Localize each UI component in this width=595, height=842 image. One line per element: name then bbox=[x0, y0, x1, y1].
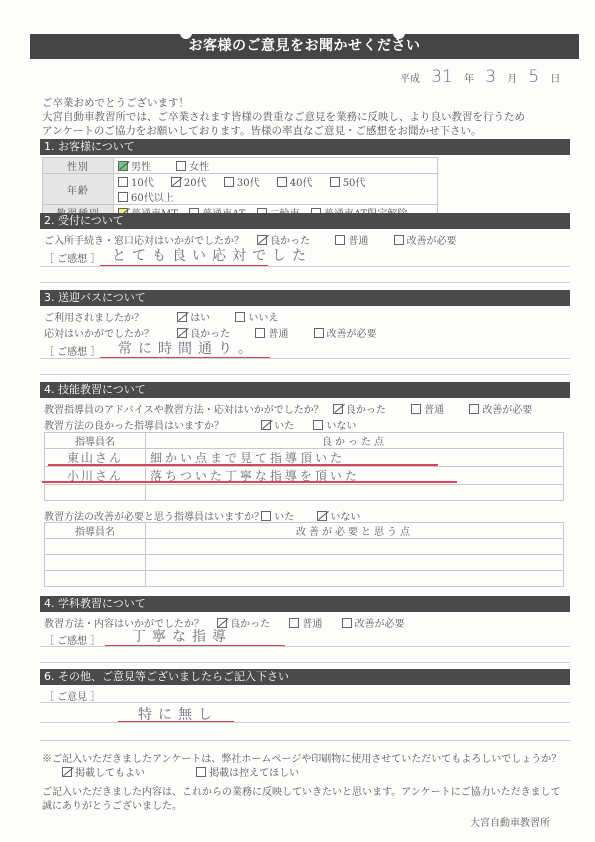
instructor-name[interactable] bbox=[45, 485, 146, 501]
improve-instructor-row: 教習方法の改善が必要と思う指導員はいますか？ いた いない bbox=[44, 508, 382, 523]
option-label: 男性 bbox=[131, 162, 151, 173]
checkbox-no-there-wasnt[interactable] bbox=[313, 420, 323, 430]
comment-label: ［ ご感想 ］ bbox=[44, 343, 100, 358]
option-label: 普通 bbox=[424, 405, 444, 416]
date-field: 平成 31 年 3 月 5 日 bbox=[400, 67, 560, 87]
checkbox-needs-improvement[interactable] bbox=[469, 404, 479, 414]
checkbox-no[interactable] bbox=[235, 312, 245, 322]
column-header: 指導員名 bbox=[45, 433, 146, 449]
comment-label: ［ ご感想 ］ bbox=[44, 632, 100, 647]
school-signature: 大宮自動車教習所 bbox=[470, 814, 550, 829]
improve-instructor-table: 指導員名 改善が必要と思う点 bbox=[44, 522, 564, 587]
date-day[interactable]: 5 bbox=[528, 67, 539, 87]
checkbox-yes[interactable] bbox=[177, 312, 187, 322]
table-row bbox=[45, 485, 564, 501]
closing-message: ご記入いただきました内容は、これからの業務に反映していきたいと思います。アンケー… bbox=[42, 786, 561, 814]
comment-label: ［ ご意見 ］ bbox=[44, 688, 100, 703]
question-text: 教習方法の良かった指導員はいますか？ bbox=[44, 417, 258, 432]
date-month[interactable]: 3 bbox=[485, 67, 496, 87]
writing-line bbox=[40, 266, 570, 267]
checkbox-age-10s[interactable] bbox=[118, 177, 128, 187]
table-row bbox=[45, 555, 564, 571]
checkbox-good[interactable] bbox=[333, 404, 343, 414]
writing-line bbox=[40, 722, 570, 723]
writing-line bbox=[40, 740, 570, 741]
checkbox-no-there-wasnt[interactable] bbox=[317, 511, 327, 521]
checkbox-average[interactable] bbox=[411, 404, 421, 414]
consent-question: ※ご記入いただきましたアンケートは、弊社ホームページや印刷物に使用させていただい… bbox=[42, 750, 561, 765]
checkbox-age-20s[interactable] bbox=[171, 177, 181, 187]
option-label: 50代 bbox=[343, 178, 366, 189]
checkbox-needs-improvement[interactable] bbox=[342, 618, 352, 628]
checkbox-good[interactable] bbox=[177, 328, 187, 338]
good-instructor-table: 指導員名 良かった点 東山さん 細かい点まで見て指導頂いた 小川さん 落ちついた… bbox=[44, 432, 564, 501]
date-day-unit: 日 bbox=[550, 74, 560, 85]
improvement-point[interactable] bbox=[146, 539, 564, 555]
highlight-underline bbox=[48, 464, 438, 466]
table-row bbox=[45, 539, 564, 555]
instructor-rating-row: 教習指導員のアドバイスや教習方法・応対はいかがでしたか？ 良かった 普通 改善が… bbox=[44, 401, 554, 416]
intro-text: ご卒業おめでとうございます！ 大宮自動車教習所では、ご卒業されます皆様の貴重なご… bbox=[42, 96, 572, 138]
option-label: 改善が必要 bbox=[482, 405, 532, 416]
checkbox-decline-publish[interactable] bbox=[196, 767, 206, 777]
instructor-name[interactable] bbox=[45, 571, 146, 587]
punch-hole bbox=[180, 27, 192, 39]
checkbox-average[interactable] bbox=[255, 328, 265, 338]
improvement-point[interactable] bbox=[146, 555, 564, 571]
good-instructor-row: 教習方法の良かった指導員はいますか？ いた いない bbox=[44, 417, 378, 432]
option-label: 改善が必要 bbox=[355, 619, 405, 630]
option-label: 10代 bbox=[131, 178, 154, 189]
option-label: 女性 bbox=[189, 162, 209, 173]
writing-line bbox=[40, 358, 570, 359]
option-label: いた bbox=[274, 421, 294, 432]
punch-hole bbox=[393, 27, 405, 39]
classroom-comment[interactable]: 丁寧な指導 bbox=[132, 626, 232, 646]
option-label: 普通 bbox=[302, 619, 322, 630]
section-header-customer: 1. お客様について bbox=[40, 139, 570, 155]
comment-label: ［ ご感想 ］ bbox=[44, 250, 100, 265]
highlight-underline bbox=[42, 481, 457, 483]
date-month-unit: 月 bbox=[507, 74, 517, 85]
good-point[interactable] bbox=[146, 485, 564, 501]
checkbox-age-60s-plus[interactable] bbox=[118, 192, 128, 202]
checkbox-female[interactable] bbox=[176, 161, 186, 171]
option-label: いない bbox=[326, 421, 356, 432]
classroom-question-row: 教習方法・内容はいかがでしたか？ 良かった 普通 改善が必要 bbox=[44, 615, 427, 630]
gender-label: 性別 bbox=[43, 158, 114, 174]
checkbox-yes-there-was[interactable] bbox=[261, 511, 271, 521]
section-header-shuttle-bus: 3. 送迎バスについて bbox=[40, 290, 570, 306]
option-label: 良かった bbox=[346, 405, 386, 416]
age-label: 年齢 bbox=[43, 174, 114, 205]
writing-line bbox=[40, 646, 570, 647]
question-text: 教習方法の改善が必要と思う指導員はいますか？ bbox=[44, 508, 258, 523]
bus-comment[interactable]: 常に時間通り。 bbox=[118, 338, 258, 358]
bus-usage-row: ご利用されましたか？ はい いいえ bbox=[44, 309, 300, 324]
date-year-unit: 年 bbox=[464, 74, 474, 85]
writing-line bbox=[40, 374, 570, 375]
reception-comment[interactable]: とても良い応対でした bbox=[112, 245, 312, 265]
column-header: 指導員名 bbox=[45, 523, 146, 539]
option-label: 30代 bbox=[237, 178, 260, 189]
section-header-other: 6. その他、ご意見等ございましたらご記入下さい bbox=[40, 669, 570, 685]
section-header-classroom-lessons: 4. 学科教習について bbox=[40, 596, 570, 612]
section-header-driving-lessons: 4. 技能教習について bbox=[40, 382, 570, 398]
checkbox-average[interactable] bbox=[335, 235, 345, 245]
option-label: 20代 bbox=[184, 178, 207, 189]
option-label: 普通 bbox=[348, 236, 368, 247]
option-label: 40代 bbox=[290, 178, 313, 189]
instructor-name[interactable] bbox=[45, 539, 146, 555]
column-header: 良かった点 bbox=[146, 433, 564, 449]
table-row bbox=[45, 571, 564, 587]
intro-line: アンケートのご協力をお願いしております。皆様の率直なご意見・ご感想をお聞かせ下さ… bbox=[42, 124, 572, 138]
closing-line: ご記入いただきました内容は、これからの業務に反映していきたいと思います。アンケー… bbox=[42, 786, 561, 800]
date-era: 平成 bbox=[400, 74, 420, 85]
checkbox-needs-improvement[interactable] bbox=[394, 235, 404, 245]
option-label: 改善が必要 bbox=[407, 236, 457, 247]
option-label: 60代以上 bbox=[131, 193, 174, 204]
option-label: はい bbox=[190, 313, 210, 324]
option-label: 掲載してもよい bbox=[75, 768, 145, 779]
column-header: 改善が必要と思う点 bbox=[146, 523, 564, 539]
instructor-name[interactable] bbox=[45, 555, 146, 571]
option-label: 良かった bbox=[230, 619, 270, 630]
form-title: お客様のご意見をお聞かせください bbox=[30, 34, 579, 59]
consent-options: 掲載してもよい 掲載は控えてほしい bbox=[62, 764, 321, 779]
date-year[interactable]: 31 bbox=[431, 67, 453, 87]
option-label: 掲載は控えてほしい bbox=[209, 768, 299, 779]
checkbox-average[interactable] bbox=[289, 618, 299, 628]
checkbox-age-40s[interactable] bbox=[277, 177, 287, 187]
checkbox-male[interactable] bbox=[118, 161, 128, 171]
improvement-point[interactable] bbox=[146, 571, 564, 587]
question-text: 教習指導員のアドバイスや教習方法・応対はいかがでしたか？ bbox=[44, 405, 324, 416]
checkbox-allow-publish[interactable] bbox=[62, 767, 72, 777]
intro-line: ご卒業おめでとうございます！ bbox=[42, 96, 572, 110]
option-label: 普通 bbox=[268, 329, 288, 340]
option-label: 改善が必要 bbox=[327, 329, 377, 340]
checkbox-good[interactable] bbox=[257, 235, 267, 245]
writing-line bbox=[40, 662, 570, 663]
checkbox-needs-improvement[interactable] bbox=[314, 328, 324, 338]
intro-line: 大宮自動車教習所では、ご卒業されます皆様の貴重なご意見を業務に反映し、より良い教… bbox=[42, 110, 572, 124]
closing-line: 誠にありがとうございました。 bbox=[42, 800, 561, 814]
writing-line bbox=[40, 702, 570, 703]
writing-line bbox=[40, 282, 570, 283]
customer-profile-table: 性別 男性 女性 年齢 10代 20代 30代 40代 50代 60代以上 教習… bbox=[42, 157, 438, 221]
option-label: いいえ bbox=[248, 313, 278, 324]
checkbox-yes-there-was[interactable] bbox=[261, 420, 271, 430]
section-header-reception: 2. 受付について bbox=[40, 213, 570, 229]
checkbox-age-50s[interactable] bbox=[330, 177, 340, 187]
checkbox-age-30s[interactable] bbox=[224, 177, 234, 187]
question-text: ご利用されましたか？ bbox=[44, 309, 174, 324]
